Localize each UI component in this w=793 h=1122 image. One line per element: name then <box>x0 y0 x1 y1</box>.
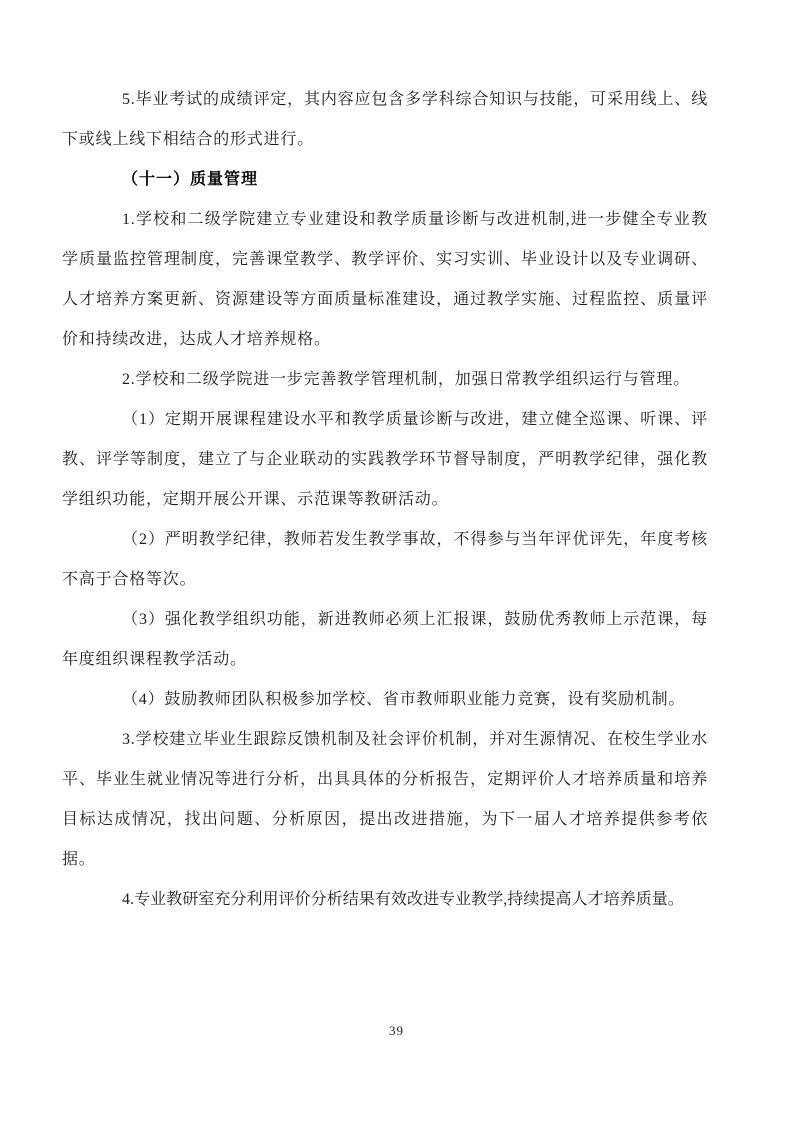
paragraph-item-4-competitions: （4）鼓励教师团队积极参加学校、省市教师职业能力竞赛，设有奖励机制。 <box>62 680 708 720</box>
paragraph-item-1-course-quality: （1）定期开展课程建设水平和教学质量诊断与改进，建立健全巡课、听课、评教、评学等… <box>62 400 708 520</box>
paragraph-graduate-tracking: 3.学校建立毕业生跟踪反馈机制及社会评价机制，并对生源情况、在校生学业水平、毕业… <box>62 720 708 880</box>
document-body: 5.毕业考试的成绩评定，其内容应包含多学科综合知识与技能，可采用线上、线下或线上… <box>62 80 708 920</box>
section-heading-quality-management: （十一）质量管理 <box>62 160 708 200</box>
document-page: 5.毕业考试的成绩评定，其内容应包含多学科综合知识与技能，可采用线上、线下或线上… <box>0 0 793 1122</box>
paragraph-item-2-discipline: （2）严明教学纪律，教师若发生教学事故，不得参与当年评优评先，年度考核不高于合格… <box>62 520 708 600</box>
paragraph-evaluation-results: 4.专业教研室充分利用评价分析结果有效改进专业教学,持续提高人才培养质量。 <box>62 880 708 920</box>
page-number: 39 <box>0 1022 793 1040</box>
paragraph-exam-grading: 5.毕业考试的成绩评定，其内容应包含多学科综合知识与技能，可采用线上、线下或线上… <box>62 80 708 160</box>
paragraph-teaching-management: 2.学校和二级学院进一步完善教学管理机制，加强日常教学组织运行与管理。 <box>62 360 708 400</box>
paragraph-diagnosis-improvement: 1.学校和二级学院建立专业建设和教学质量诊断与改进机制,进一步健全专业教学质量监… <box>62 200 708 360</box>
paragraph-item-3-organization: （3）强化教学组织功能，新进教师必须上汇报课，鼓励优秀教师上示范课，每年度组织课… <box>62 600 708 680</box>
